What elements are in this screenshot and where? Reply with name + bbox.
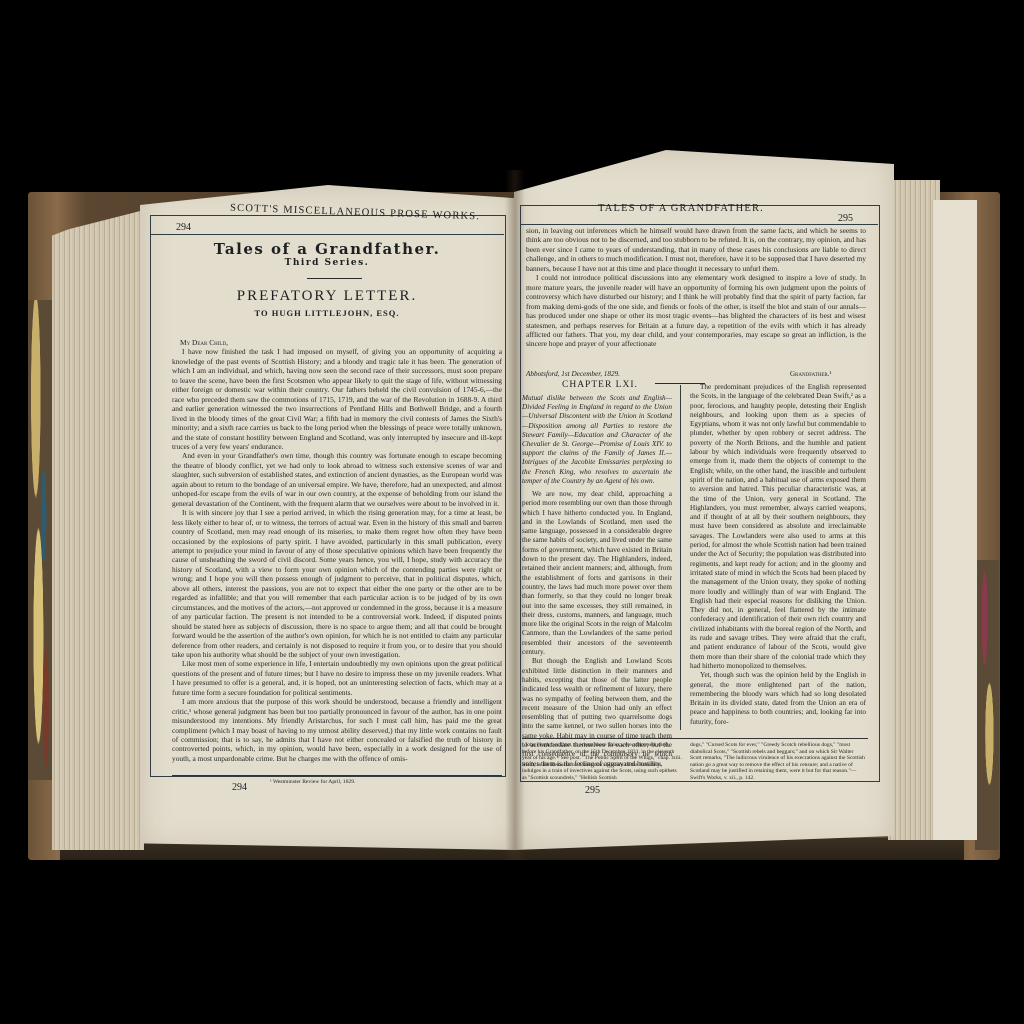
paragraph: I am more anxious that the purpose of th… [172,697,502,763]
paragraph: sion, in leaving out inferences which he… [526,226,866,273]
right-page-body-top: sion, in leaving out inferences which he… [526,226,866,349]
flyleaf-right [932,200,977,840]
left-folio-top: 294 [176,222,191,233]
date-line: Abbotsford, 1st December, 1829. [526,370,620,378]
left-footnote: ¹ Westminster Review for April, 1829. [270,779,500,786]
right-footnote-rule [522,738,868,739]
paragraph: We are now, my dear child, approaching a… [522,490,672,657]
right-footnote-col-1: ¹ John Hugh Lockhart, to whom these Tale… [522,742,682,782]
marbled-board-right [975,560,999,850]
right-folio-bottom: 295 [585,785,600,796]
right-column-2: The predominant prejudices of the Englis… [690,383,866,727]
salutation: My Dear Child, [172,338,502,347]
left-folio-bottom: 294 [232,782,247,793]
paragraph: Yet, though such was the opinion held by… [690,671,866,727]
paragraph: It is with sincere joy that I see a peri… [172,508,502,659]
column-divider [680,385,681,730]
marbled-board-left [28,300,54,780]
paragraph: I have now finished the task I had impos… [172,347,502,451]
right-footnote-col-2: dogs," "Cursed Scots for ever," "Greedy … [690,742,866,782]
signature: Grandfather.¹ [790,370,832,378]
paragraph: I could not introduce political discussi… [526,273,866,349]
page-block-left-edge [52,210,144,850]
left-page-body: My Dear Child, I have now finished the t… [172,338,502,763]
addressee-line: TO HUGH LITTLEJOHN, ESQ. [150,308,504,318]
right-head-rule [520,224,878,225]
left-head-rule [150,234,504,235]
blackletter-subtitle: Third Series. [150,258,504,268]
paragraph: And even in your Grandfather's own time,… [172,451,502,508]
prefatory-letter-heading: PREFATORY LETTER. [150,288,504,305]
right-folio-top: 295 [838,213,853,224]
title-rule [307,278,362,279]
left-footnote-rule [172,775,502,776]
paragraph: The predominant prejudices of the Englis… [690,383,866,671]
chapter-heading: CHAPTER LXI. [562,380,638,390]
blackletter-title: Tales of a Grandfather. [150,240,504,258]
right-running-head: Tales of a Grandfather. [598,203,764,214]
right-column-1: We are now, my dear child, approaching a… [522,490,672,769]
paragraph: Like most men of some experience in life… [172,659,502,697]
chapter-synopsis: Mutual dislike between the Scots and Eng… [522,394,672,486]
